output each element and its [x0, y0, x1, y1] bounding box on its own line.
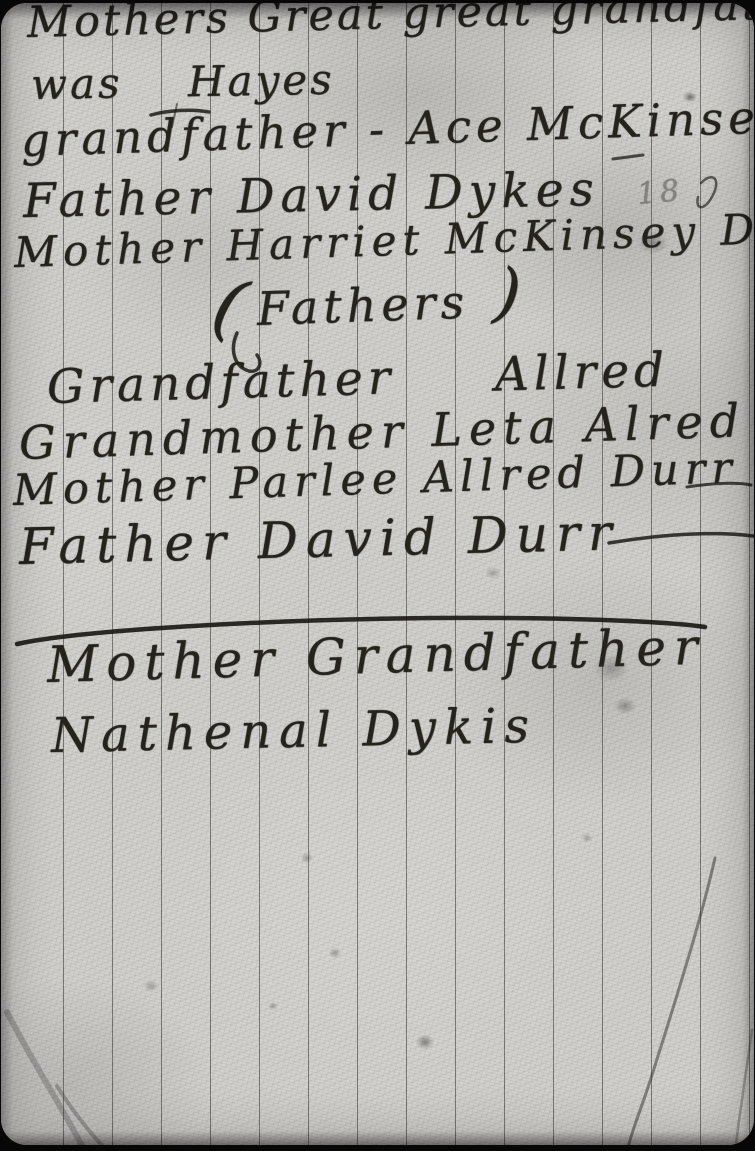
photographed-note: Mothers Great great grandfath was Hayes … [0, 0, 755, 1151]
ruled-paper-card: Mothers Great great grandfath was Hayes … [1, 3, 754, 1145]
faint-ink-loop [697, 177, 716, 207]
mckinsey-dash [613, 155, 643, 159]
crease-mark [627, 858, 715, 1145]
durr-long-flourish [609, 534, 753, 543]
hayes-underline [151, 110, 209, 115]
bottom-left-smudge-streak [7, 1012, 85, 1145]
section-divider-line [17, 618, 705, 644]
paren-hook-flourish [233, 333, 259, 371]
pen-strokes-overlay [1, 3, 754, 1145]
durr-short-tail [687, 483, 751, 487]
crease-mark-right-edge [735, 1030, 752, 1145]
hayes-underline-tick [172, 104, 177, 127]
